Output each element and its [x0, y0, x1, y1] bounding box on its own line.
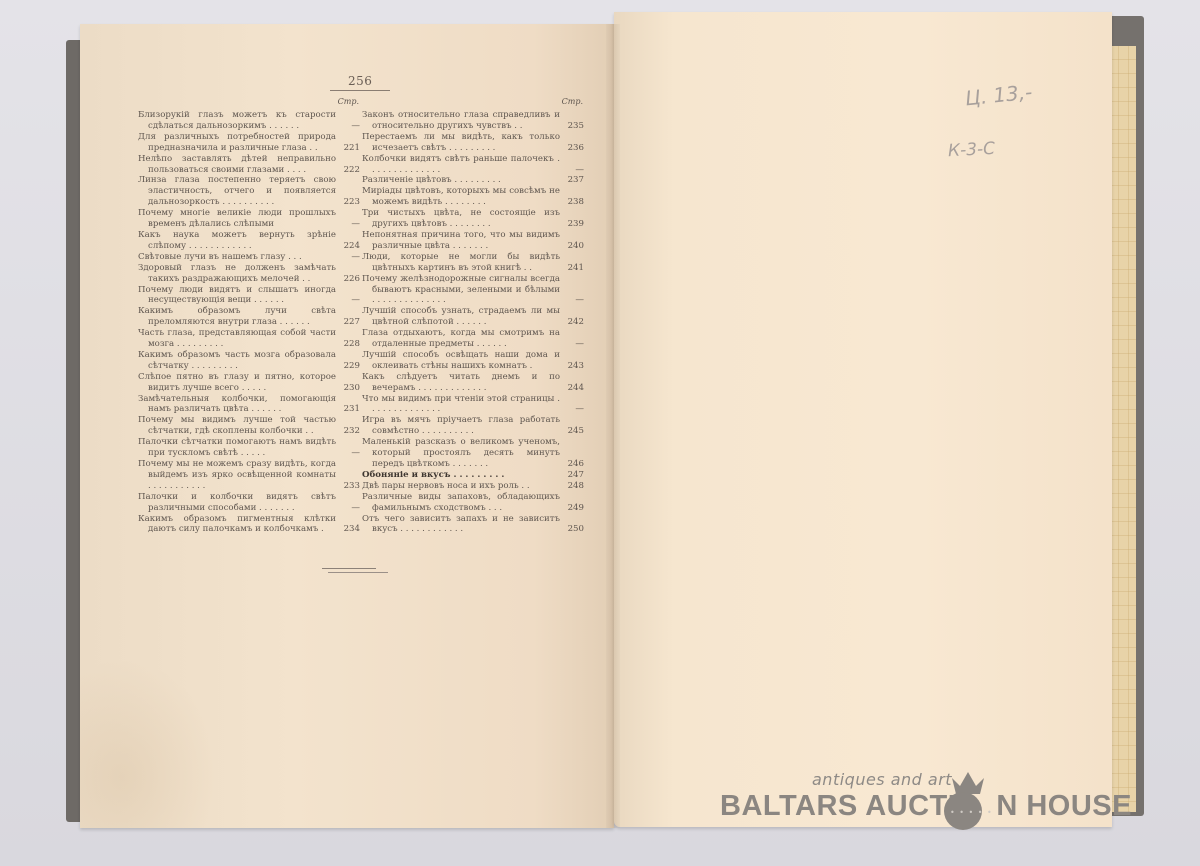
toc-entry-page: 247 — [560, 470, 584, 481]
toc-entry-page: 227 — [336, 317, 360, 328]
toc-entry-page: 234 — [336, 524, 360, 535]
toc-entry: Здоровый глазъ не долженъ замѣчать таких… — [138, 263, 360, 285]
toc-entry-page: — — [560, 404, 584, 415]
toc-entry-title: Обоняніе и вкусъ . . . . . . . . . — [362, 470, 560, 481]
end-ornament-rule — [328, 572, 388, 573]
toc-entry: Палочки сѣтчатки помогаютъ намъ видѣть п… — [138, 437, 360, 459]
toc-entry-title: Различеніе цвѣтовъ . . . . . . . . . — [362, 175, 560, 186]
toc-entry-page: 249 — [560, 503, 584, 514]
toc-entry: Маленькій разсказъ о великомъ ученомъ, к… — [362, 437, 584, 470]
toc-entry: Палочки и колбочки видятъ свѣтъ различны… — [138, 492, 360, 514]
toc-entry-page: 222 — [336, 165, 360, 176]
toc-entry-title: Какимъ образомъ часть мозга образовала с… — [138, 350, 336, 372]
toc-entry-page: — — [336, 219, 360, 230]
toc-entry-title: Палочки сѣтчатки помогаютъ намъ видѣть п… — [138, 437, 336, 459]
toc-entry-title: Лучшій способъ узнать, страдаемъ ли мы ц… — [362, 306, 560, 328]
toc-entry: Часть глаза, представляющая собой части … — [138, 328, 360, 350]
toc-entry-page: — — [560, 339, 584, 350]
toc-entry: Слѣпое пятно въ глазу и пятно, которое в… — [138, 372, 360, 394]
toc-entry-title: Двѣ пары нервовъ носа и ихъ роль . . — [362, 481, 560, 492]
toc-entry-title: Колбочки видятъ свѣтъ раньше палочекъ . … — [362, 154, 560, 176]
toc-entry-page: 223 — [336, 197, 360, 208]
toc-entry: Близорукій глазъ можетъ къ старости сдѣл… — [138, 110, 360, 132]
toc-entry-page: 230 — [336, 383, 360, 394]
toc-entry-title: Маленькій разсказъ о великомъ ученомъ, к… — [362, 437, 560, 470]
toc-entry-title: Слѣпое пятно въ глазу и пятно, которое в… — [138, 372, 336, 394]
toc-entry: Игра въ мячъ пріучаетъ глаза работать со… — [362, 415, 584, 437]
toc-entry-page: 242 — [560, 317, 584, 328]
toc-entry-title: Глаза отдыхаютъ, когда мы смотримъ на от… — [362, 328, 560, 350]
toc-entry-page: 243 — [560, 361, 584, 372]
toc-entry: Лучшій способъ освѣщать наши дома и окле… — [362, 350, 584, 372]
toc-right-column: Стр. Законъ относительно глаза справедли… — [362, 97, 584, 535]
toc-entry: Для различныхъ потребностей природа пред… — [138, 132, 360, 154]
toc-entry-title: Здоровый глазъ не долженъ замѣчать таких… — [138, 263, 336, 285]
toc-entry-page: 246 — [560, 459, 584, 470]
toc-entry-title: Игра въ мячъ пріучаетъ глаза работать со… — [362, 415, 560, 437]
toc-left-column: Стр. Близорукій глазъ можетъ къ старости… — [138, 97, 360, 535]
toc-entry: Почему желѣзнодорожные сигналы всегда бы… — [362, 274, 584, 307]
toc-entry: Линза глаза постепенно теряетъ свою элас… — [138, 175, 360, 208]
page-number-rule — [330, 90, 390, 91]
toc-entry-title: Законъ относительно глаза справедливъ и … — [362, 110, 560, 132]
toc-entry-title: Непонятная причина того, что мы видимъ р… — [362, 230, 560, 252]
toc-entry: Какъ наука можетъ вернуть зрѣніе слѣпому… — [138, 230, 360, 252]
toc-entry-title: Что мы видимъ при чтеніи этой страницы .… — [362, 394, 560, 416]
toc-entry: Замѣчательныя колбочки, помогающія намъ … — [138, 394, 360, 416]
page-column-header: Стр. — [362, 97, 584, 110]
toc-entry-title: Люди, которые не могли бы видѣть цвѣтных… — [362, 252, 560, 274]
toc-entry: Почему мы видимъ лучше той частью сѣтчат… — [138, 415, 360, 437]
toc-entry-page: 240 — [560, 241, 584, 252]
toc-entry-title: Какимъ образомъ лучи свѣта преломляются … — [138, 306, 336, 328]
toc-entry: Свѣтовые лучи въ нашемъ глазу . . .— — [138, 252, 360, 263]
toc-entry: Какимъ образомъ часть мозга образовала с… — [138, 350, 360, 372]
toc-entry-title: Отъ чего зависитъ запахъ и не зависитъ в… — [362, 514, 560, 536]
toc-entry-page: — — [336, 121, 360, 132]
toc-entry-page: 237 — [560, 175, 584, 186]
toc-entry-title: Миріады цвѣтовъ, которыхъ мы совсѣмъ не … — [362, 186, 560, 208]
toc-entry-page: 250 — [560, 524, 584, 535]
toc-entry: Какъ слѣдуетъ читать днемъ и по вечерамъ… — [362, 372, 584, 394]
toc-entry: Какимъ образомъ пигментныя клѣтки даютъ … — [138, 514, 360, 536]
toc-entry-title: Почему желѣзнодорожные сигналы всегда бы… — [362, 274, 560, 307]
toc-entry-title: Какимъ образомъ пигментныя клѣтки даютъ … — [138, 514, 336, 536]
toc-entry-title: Замѣчательныя колбочки, помогающія намъ … — [138, 394, 336, 416]
toc-entry-title: Почему мы не можемъ сразу видѣть, когда … — [138, 459, 336, 492]
right-page-blank — [614, 12, 1112, 827]
toc-entry-page: 248 — [560, 481, 584, 492]
toc-entry-title: Почему многіе великіе люди прошлыхъ врем… — [138, 208, 336, 230]
toc-entry-title: Какъ слѣдуетъ читать днемъ и по вечерамъ… — [362, 372, 560, 394]
toc-entry-page: 232 — [336, 426, 360, 437]
toc-entry-page: 235 — [560, 121, 584, 132]
toc-entry-title: Часть глаза, представляющая собой части … — [138, 328, 336, 350]
toc-entry: Отъ чего зависитъ запахъ и не зависитъ в… — [362, 514, 584, 536]
toc-entry-page: — — [336, 503, 360, 514]
toc-entry-title: Почему мы видимъ лучше той частью сѣтчат… — [138, 415, 336, 437]
toc-entry-page: — — [560, 165, 584, 176]
toc-entry-title: Перестаемъ ли мы видѣть, какъ только исч… — [362, 132, 560, 154]
toc-entry: Люди, которые не могли бы видѣть цвѣтных… — [362, 252, 584, 274]
toc-entry-title: Близорукій глазъ можетъ къ старости сдѣл… — [138, 110, 336, 132]
toc-entry: Глаза отдыхаютъ, когда мы смотримъ на от… — [362, 328, 584, 350]
toc-entry-page: 221 — [336, 143, 360, 154]
toc-entry: Миріады цвѣтовъ, которыхъ мы совсѣмъ не … — [362, 186, 584, 208]
toc-entry: Законъ относительно глаза справедливъ и … — [362, 110, 584, 132]
toc-entry-page: 233 — [336, 481, 360, 492]
toc-entry: Различеніе цвѣтовъ . . . . . . . . .237 — [362, 175, 584, 186]
toc-entry-page: 228 — [336, 339, 360, 350]
toc-entry-title: Лучшій способъ освѣщать наши дома и окле… — [362, 350, 560, 372]
toc-entry-title: Свѣтовые лучи въ нашемъ глазу . . . — [138, 252, 336, 263]
toc-entry-title: Какъ наука можетъ вернуть зрѣніе слѣпому… — [138, 230, 336, 252]
toc-entry: Лучшій способъ узнать, страдаемъ ли мы ц… — [362, 306, 584, 328]
toc-entry-title: Различные виды запаховъ, обладающихъ фам… — [362, 492, 560, 514]
toc-entry: Три чистыхъ цвѣта, не состоящіе изъ друг… — [362, 208, 584, 230]
orb-dots: • • • • • — [950, 808, 993, 817]
toc-entry: Перестаемъ ли мы видѣть, какъ только исч… — [362, 132, 584, 154]
toc-entry-page: — — [336, 252, 360, 263]
toc-entry-title: Линза глаза постепенно теряетъ свою элас… — [138, 175, 336, 208]
watermark-name: BALTARS AUCTIN HOUSE — [720, 790, 1132, 823]
toc-entry: Обоняніе и вкусъ . . . . . . . . .247 — [362, 470, 584, 481]
toc-entry-title: Нелѣпо заставлять дѣтей неправильно поль… — [138, 154, 336, 176]
toc-entry-title: Палочки и колбочки видятъ свѣтъ различны… — [138, 492, 336, 514]
page-number: 256 — [348, 74, 372, 88]
book-gutter — [606, 24, 620, 828]
toc-entry-page: 245 — [560, 426, 584, 437]
toc-entry-page: — — [336, 448, 360, 459]
toc-entry: Почему люди видятъ и слышатъ иногда несу… — [138, 285, 360, 307]
toc-entry-page: 241 — [560, 263, 584, 274]
toc-entry-page: — — [560, 295, 584, 306]
toc-entry-page: 239 — [560, 219, 584, 230]
toc-entry-page: 226 — [336, 274, 360, 285]
toc-entry-page: 231 — [336, 404, 360, 415]
marbled-endpaper-strip — [1108, 46, 1136, 812]
toc-entry-title: Три чистыхъ цвѣта, не состоящіе изъ друг… — [362, 208, 560, 230]
toc-entry-page: 238 — [560, 197, 584, 208]
toc-entry: Непонятная причина того, что мы видимъ р… — [362, 230, 584, 252]
toc-entry-title: Почему люди видятъ и слышатъ иногда несу… — [138, 285, 336, 307]
toc-entry: Какимъ образомъ лучи свѣта преломляются … — [138, 306, 360, 328]
toc-entry-page: 244 — [560, 383, 584, 394]
auction-house-watermark: antiques and art BALTARS AUCTIN HOUSE • … — [720, 768, 1140, 838]
toc-entry: Колбочки видятъ свѣтъ раньше палочекъ . … — [362, 154, 584, 176]
watermark-tagline: antiques and art — [812, 770, 952, 789]
toc-entry: Двѣ пары нервовъ носа и ихъ роль . .248 — [362, 481, 584, 492]
toc-entry-page: — — [336, 295, 360, 306]
toc-entry: Почему многіе великіе люди прошлыхъ врем… — [138, 208, 360, 230]
toc-entry: Почему мы не можемъ сразу видѣть, когда … — [138, 459, 360, 492]
pencil-code-note: К-3-С — [948, 139, 996, 161]
toc-entry-title: Для различныхъ потребностей природа пред… — [138, 132, 336, 154]
toc-entry: Различные виды запаховъ, обладающихъ фам… — [362, 492, 584, 514]
toc-entry: Что мы видимъ при чтеніи этой страницы .… — [362, 394, 584, 416]
toc-entry-page: 229 — [336, 361, 360, 372]
toc-entry-page: 236 — [560, 143, 584, 154]
page-column-header: Стр. — [138, 97, 360, 110]
end-ornament-rule — [322, 568, 376, 569]
toc-entry: Нелѣпо заставлять дѣтей неправильно поль… — [138, 154, 360, 176]
toc-entry-page: 224 — [336, 241, 360, 252]
